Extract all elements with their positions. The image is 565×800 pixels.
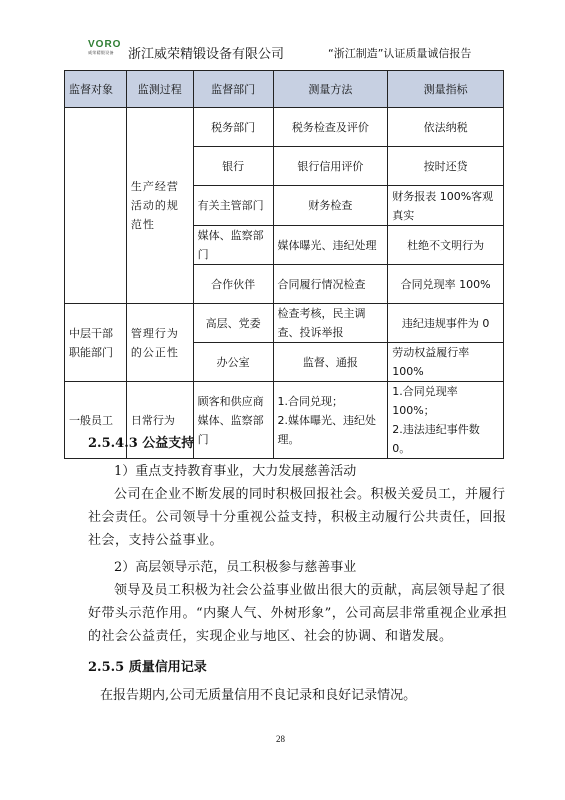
paragraph-3: 在报告期内,公司无质量信用不良记录和良好记录情况。 [100, 684, 416, 703]
supervision-table: 监督对象 监测过程 监督部门 测量方法 测量指标 生产经营活动的规范性 税务部门… [64, 70, 504, 459]
object-cell: 中层干部职能部门 [65, 304, 127, 382]
indicator-cell: 合同兑现率 100% [388, 265, 504, 304]
method-cell: 税务检查及评价 [273, 108, 388, 147]
page-header: VORO 威荣精锻设备 浙江威荣精锻设备有限公司 “浙江制造”认证质量诚信报告 [0, 0, 565, 70]
dept-cell: 高层、党委 [193, 304, 273, 343]
indicator-cell: 违纪违规事件为 0 [388, 304, 504, 343]
company-name: 浙江威荣精锻设备有限公司 [128, 43, 284, 62]
dept-cell: 合作伙伴 [193, 265, 273, 304]
page-number: 28 [276, 734, 285, 744]
list-item-1: 1）重点支持教育事业，大力发展慈善活动 [114, 460, 356, 479]
process-cell: 生产经营活动的规范性 [126, 108, 193, 304]
indicator-cell: 财务报表 100%客观真实 [388, 186, 504, 226]
indicator-cell: 按时还贷 [388, 147, 504, 186]
dept-line: 顾客和供应商 [198, 392, 269, 411]
method-cell: 1.合同兑现； 2.媒体曝光、违纪处理。 [273, 382, 388, 459]
dept-line: 媒体、监察部门 [198, 411, 269, 449]
dept-cell: 税务部门 [193, 108, 273, 147]
method-line: 2.媒体曝光、违纪处理。 [278, 411, 384, 449]
indicator-line: 2.违法违纪事件数 0。 [392, 420, 499, 458]
col-header: 测量指标 [388, 71, 504, 108]
dept-cell: 办公室 [193, 343, 273, 382]
col-header: 监督对象 [65, 71, 127, 108]
table-row: 生产经营活动的规范性 税务部门 税务检查及评价 依法纳税 [65, 108, 504, 147]
method-cell: 媒体曝光、违纪处理 [273, 226, 388, 265]
method-cell: 合同履行情况检查 [273, 265, 388, 304]
list-item-2: 2）高层领导示范，员工积极参与慈善事业 [114, 556, 356, 575]
paragraph-1: 公司在企业不断发展的同时积极回报社会。积极关爱员工，并履行社会责任。公司领导十分… [88, 483, 508, 552]
table-row: 中层干部职能部门 管理行为的公正性 高层、党委 检查考核，民主调查、投诉举报 违… [65, 304, 504, 343]
dept-cell: 银行 [193, 147, 273, 186]
dept-cell: 媒体、监察部门 [193, 226, 273, 265]
paragraph-2: 领导及员工积极为社会公益事业做出很大的贡献，高层领导起了很好带头示范作用。“内聚… [88, 579, 508, 648]
indicator-cell: 1.合同兑现率 100%； 2.违法违纪事件数 0。 [388, 382, 504, 459]
object-cell [65, 108, 127, 304]
table-header-row: 监督对象 监测过程 监督部门 测量方法 测量指标 [65, 71, 504, 108]
indicator-cell: 杜绝不文明行为 [388, 226, 504, 265]
process-cell: 管理行为的公正性 [126, 304, 193, 382]
method-cell: 财务检查 [273, 186, 388, 226]
indicator-line: 1.合同兑现率 100%； [392, 382, 499, 420]
report-title: “浙江制造”认证质量诚信报告 [328, 45, 471, 61]
section-heading-2543: 2.5.4.3 公益支持 [88, 432, 194, 451]
dept-cell: 有关主管部门 [193, 186, 273, 226]
method-cell: 监督、通报 [273, 343, 388, 382]
section-heading-255: 2.5.5 质量信用记录 [88, 656, 207, 675]
method-line: 1.合同兑现； [278, 392, 384, 411]
dept-cell: 顾客和供应商 媒体、监察部门 [193, 382, 273, 459]
col-header: 监测过程 [126, 71, 193, 108]
col-header: 监督部门 [193, 71, 273, 108]
indicator-cell: 依法纳税 [388, 108, 504, 147]
method-cell: 检查考核，民主调查、投诉举报 [273, 304, 388, 343]
indicator-cell: 劳动权益履行率 100% [388, 343, 504, 382]
col-header: 测量方法 [273, 71, 388, 108]
method-cell: 银行信用评价 [273, 147, 388, 186]
